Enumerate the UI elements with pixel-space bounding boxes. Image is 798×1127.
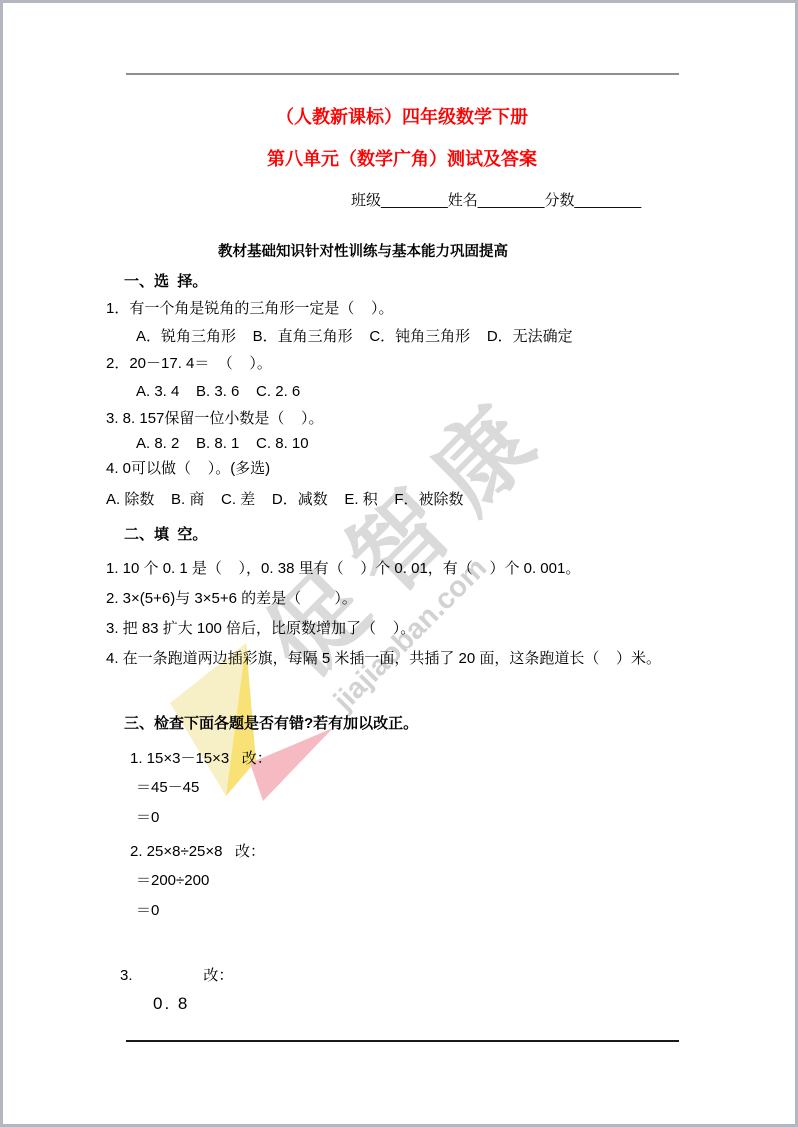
section2-question4: 4. 在一条跑道两边插彩旗，每隔 5 米插一面，共插了 20 面，这条跑道长（ … bbox=[106, 650, 661, 668]
student-info-line: 班级________姓名________分数________ bbox=[351, 192, 641, 210]
doc-title-line2: 第八单元（数学广角）测试及答案 bbox=[3, 149, 798, 171]
top-divider bbox=[126, 73, 679, 75]
section1-question2: 2．20－17. 4＝ （ ）。 bbox=[106, 355, 272, 373]
section3-item3-value: 0. 8 bbox=[153, 994, 189, 1014]
section3-item3-expression: 3. 改： bbox=[120, 967, 233, 985]
main-heading: 教材基础知识针对性训练与基本能力巩固提高 bbox=[3, 244, 723, 261]
section1-question2-options: A. 3. 4 B. 3. 6 C. 2. 6 bbox=[136, 383, 300, 401]
document-page: 促智康 jiajiaoban.com （人教新课标）四年级数学下册 第八单元（数… bbox=[0, 0, 798, 1127]
section2-question2: 2. 3×(5+6)与 3×5+6 的差是（ ）。 bbox=[106, 590, 357, 608]
section1-question4: 4. 0可以做（ ）。(多选) bbox=[106, 460, 270, 478]
section3-heading: 三、检查下面各题是否有错?若有加以改正。 bbox=[124, 715, 418, 733]
section1-question3-options: A. 8. 2 B. 8. 1 C. 8. 10 bbox=[136, 435, 309, 453]
bottom-divider bbox=[126, 1040, 679, 1042]
section1-question1-options: A．锐角三角形 B．直角三角形 C．钝角三角形 D．无法确定 bbox=[136, 328, 573, 346]
section2-question1: 1. 10 个 0. 1 是（ ），0. 38 里有（ ）个 0. 01，有（ … bbox=[106, 560, 580, 578]
section2-question3: 3. 把 83 扩大 100 倍后，比原数增加了（ ）。 bbox=[106, 620, 415, 638]
section3-item2-expression: 2. 25×8÷25×8 改： bbox=[130, 843, 265, 861]
section1-heading: 一、选 择。 bbox=[124, 273, 207, 291]
doc-title-line1: （人教新课标）四年级数学下册 bbox=[3, 107, 798, 129]
section3-item2-step1: ＝200÷200 bbox=[136, 872, 209, 890]
section2-heading: 二、填 空。 bbox=[124, 526, 207, 544]
section1-question1: 1．有一个角是锐角的三角形一定是（ ）。 bbox=[106, 300, 394, 318]
section3-item1-step2: ＝0 bbox=[136, 809, 159, 827]
section3-item2-step2: ＝0 bbox=[136, 902, 159, 920]
section1-question3: 3. 8. 157保留一位小数是（ ）。 bbox=[106, 410, 324, 428]
section3-item1-expression: 1. 15×3－15×3 改： bbox=[130, 750, 272, 768]
section1-question4-options: A. 除数 B. 商 C. 差 D．减数 E. 积 F．被除数 bbox=[106, 491, 464, 509]
section3-item1-step1: ＝45－45 bbox=[136, 779, 199, 797]
